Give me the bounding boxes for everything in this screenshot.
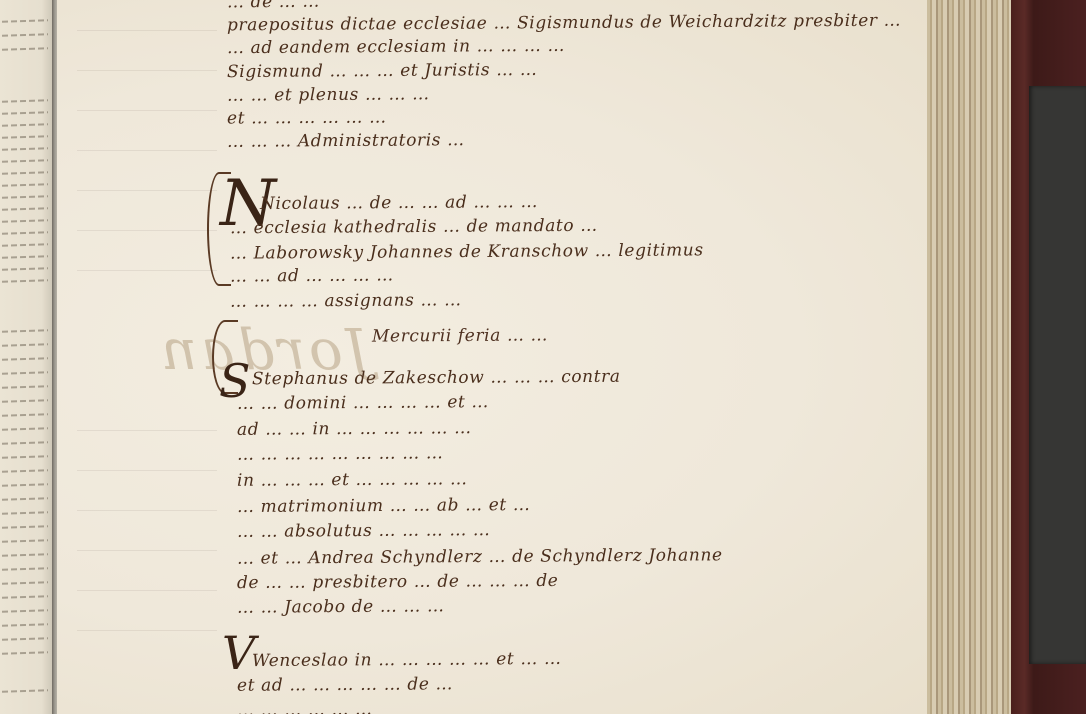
text-line: … … absolutus … … … … … bbox=[237, 520, 491, 542]
text-line: ad … … in … … … … … … bbox=[237, 418, 472, 440]
text-line: … … … Administratoris … bbox=[227, 130, 465, 152]
text-line: et … … … … … … bbox=[227, 107, 387, 128]
text-line: Stephanus de Zakeschow … … … contra bbox=[252, 367, 621, 390]
text-line: … … … … … … … … … bbox=[237, 443, 444, 464]
text-line: … Laborowsky Johannes de Kranschow … leg… bbox=[230, 240, 704, 263]
text-line: et ad … … … … … de … bbox=[237, 674, 453, 696]
section-heading: Mercurii feria … … bbox=[372, 325, 548, 346]
text-line: Nicolaus … de … … ad … … … bbox=[260, 192, 538, 214]
text-line: … matrimonium … … ab … et … bbox=[237, 495, 531, 517]
text-line: … … domini … … … … et … bbox=[237, 392, 489, 414]
text-line: Sigismund … … … et Juristis … … bbox=[227, 60, 538, 82]
manuscript-scan: Jordan … de … … praepositus dictae eccle… bbox=[0, 0, 1086, 714]
manuscript-page: Jordan … de … … praepositus dictae eccle… bbox=[57, 0, 927, 714]
text-line: … de … … bbox=[227, 0, 320, 12]
text-line: … ad eandem ecclesiam in … … … … bbox=[227, 36, 565, 58]
cover-inset bbox=[1029, 86, 1086, 664]
text-line: … … et plenus … … … bbox=[227, 84, 430, 105]
text-line: … ecclesia kathedralis … de mandato … bbox=[230, 216, 598, 239]
text-line: … et … Andrea Schyndlerz … de Schyndlerz… bbox=[237, 545, 723, 568]
left-facing-page bbox=[0, 0, 52, 714]
text-line: Wenceslao in … … … … … et … … bbox=[252, 649, 562, 671]
text-line: … … … … … … bbox=[237, 700, 373, 714]
page-edges bbox=[927, 0, 1011, 714]
text-line: … … ad … … … … bbox=[230, 265, 394, 286]
decorated-initial: V bbox=[222, 630, 255, 676]
text-line: … … … … assignans … … bbox=[230, 290, 462, 312]
text-line: de … … presbitero … de … … … de bbox=[237, 571, 559, 593]
text-line: praepositus dictae ecclesiae … Sigismund… bbox=[227, 11, 901, 36]
text-line: … … Jacobo de … … … bbox=[237, 596, 445, 617]
text-line: in … … … et … … … … … bbox=[237, 469, 468, 491]
